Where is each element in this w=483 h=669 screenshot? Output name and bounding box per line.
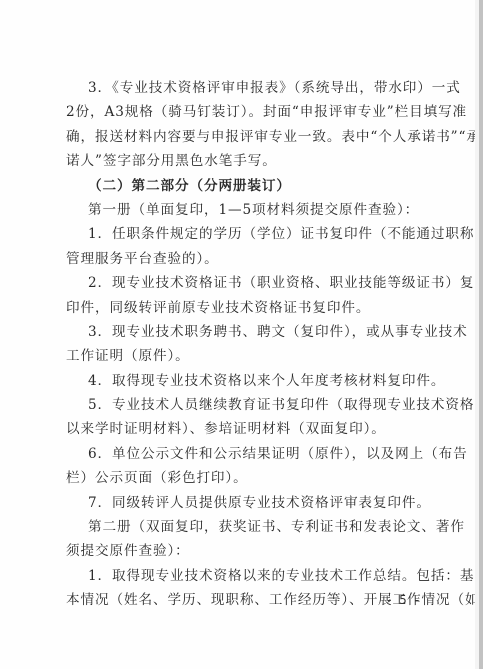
text-line: 第二册（双面复印，获奖证书、专利证书和发表论文、著作 — [66, 515, 436, 539]
text-line: 印件，同级转评前原专业技术资格证书复印件。 — [66, 296, 436, 320]
text-line: 3．《专业技术资格评审申报表》（系统导出，带水印）一式 — [66, 76, 436, 100]
text-line: 6．单位公示文件和公示结果证明（原件），以及网上（布告 — [66, 442, 436, 466]
text-line: 1．取得现专业技术资格以来的专业技术工作总结。包括：基 — [66, 564, 436, 588]
text-line: 3．现专业技术职务聘书、聘文（复印件），或从事专业技术 — [66, 320, 436, 344]
text-line: 1．任职条件规定的学历（学位）证书复印件（不能通过职称 — [66, 222, 436, 246]
text-line: 栏）公示页面（彩色打印）。 — [66, 466, 436, 490]
text-line: 工作证明（原件）。 — [66, 344, 436, 368]
text-line: 5．专业技术人员继续教育证书复印件（取得现专业技术资格 — [66, 393, 436, 417]
text-line: 确，报送材料内容要与申报评审专业一致。表中“个人承诺书”“承 — [66, 125, 436, 149]
text-line: 须提交原件查验）： — [66, 539, 436, 563]
text-line: 管理服务平台查验的）。 — [66, 247, 436, 271]
page-number: - 5 - — [384, 593, 424, 607]
text-line: 诺人”签字部分用黑色水笔手写。 — [66, 149, 436, 173]
text-line: 以来学时证明材料）、参培证明材料（双面复印）。 — [66, 417, 436, 441]
document-page: 3．《专业技术资格评审申报表》（系统导出，带水印）一式 2份，A3规格（骑马钉装… — [0, 0, 479, 669]
text-line: 4．取得现专业技术资格以来个人年度考核材料复印件。 — [66, 369, 436, 393]
document-body: 3．《专业技术资格评审申报表》（系统导出，带水印）一式 2份，A3规格（骑马钉装… — [66, 76, 436, 613]
text-line: 第一册（单面复印，1—5项材料须提交原件查验）： — [66, 198, 436, 222]
text-line: 2份，A3规格（骑马钉装订）。封面“申报评审专业”栏目填写准 — [66, 100, 436, 124]
section-heading: （二）第二部分（分两册装订） — [66, 174, 436, 198]
text-line: 7．同级转评人员提供原专业技术资格评审表复印件。 — [66, 491, 436, 515]
page-edge-border — [479, 0, 483, 669]
text-line: 本情况（姓名、学历、现职称、工作经历等）、开展工作情况（如 — [66, 588, 436, 612]
text-line: 2．现专业技术资格证书（职业资格、职业技能等级证书）复 — [66, 271, 436, 295]
